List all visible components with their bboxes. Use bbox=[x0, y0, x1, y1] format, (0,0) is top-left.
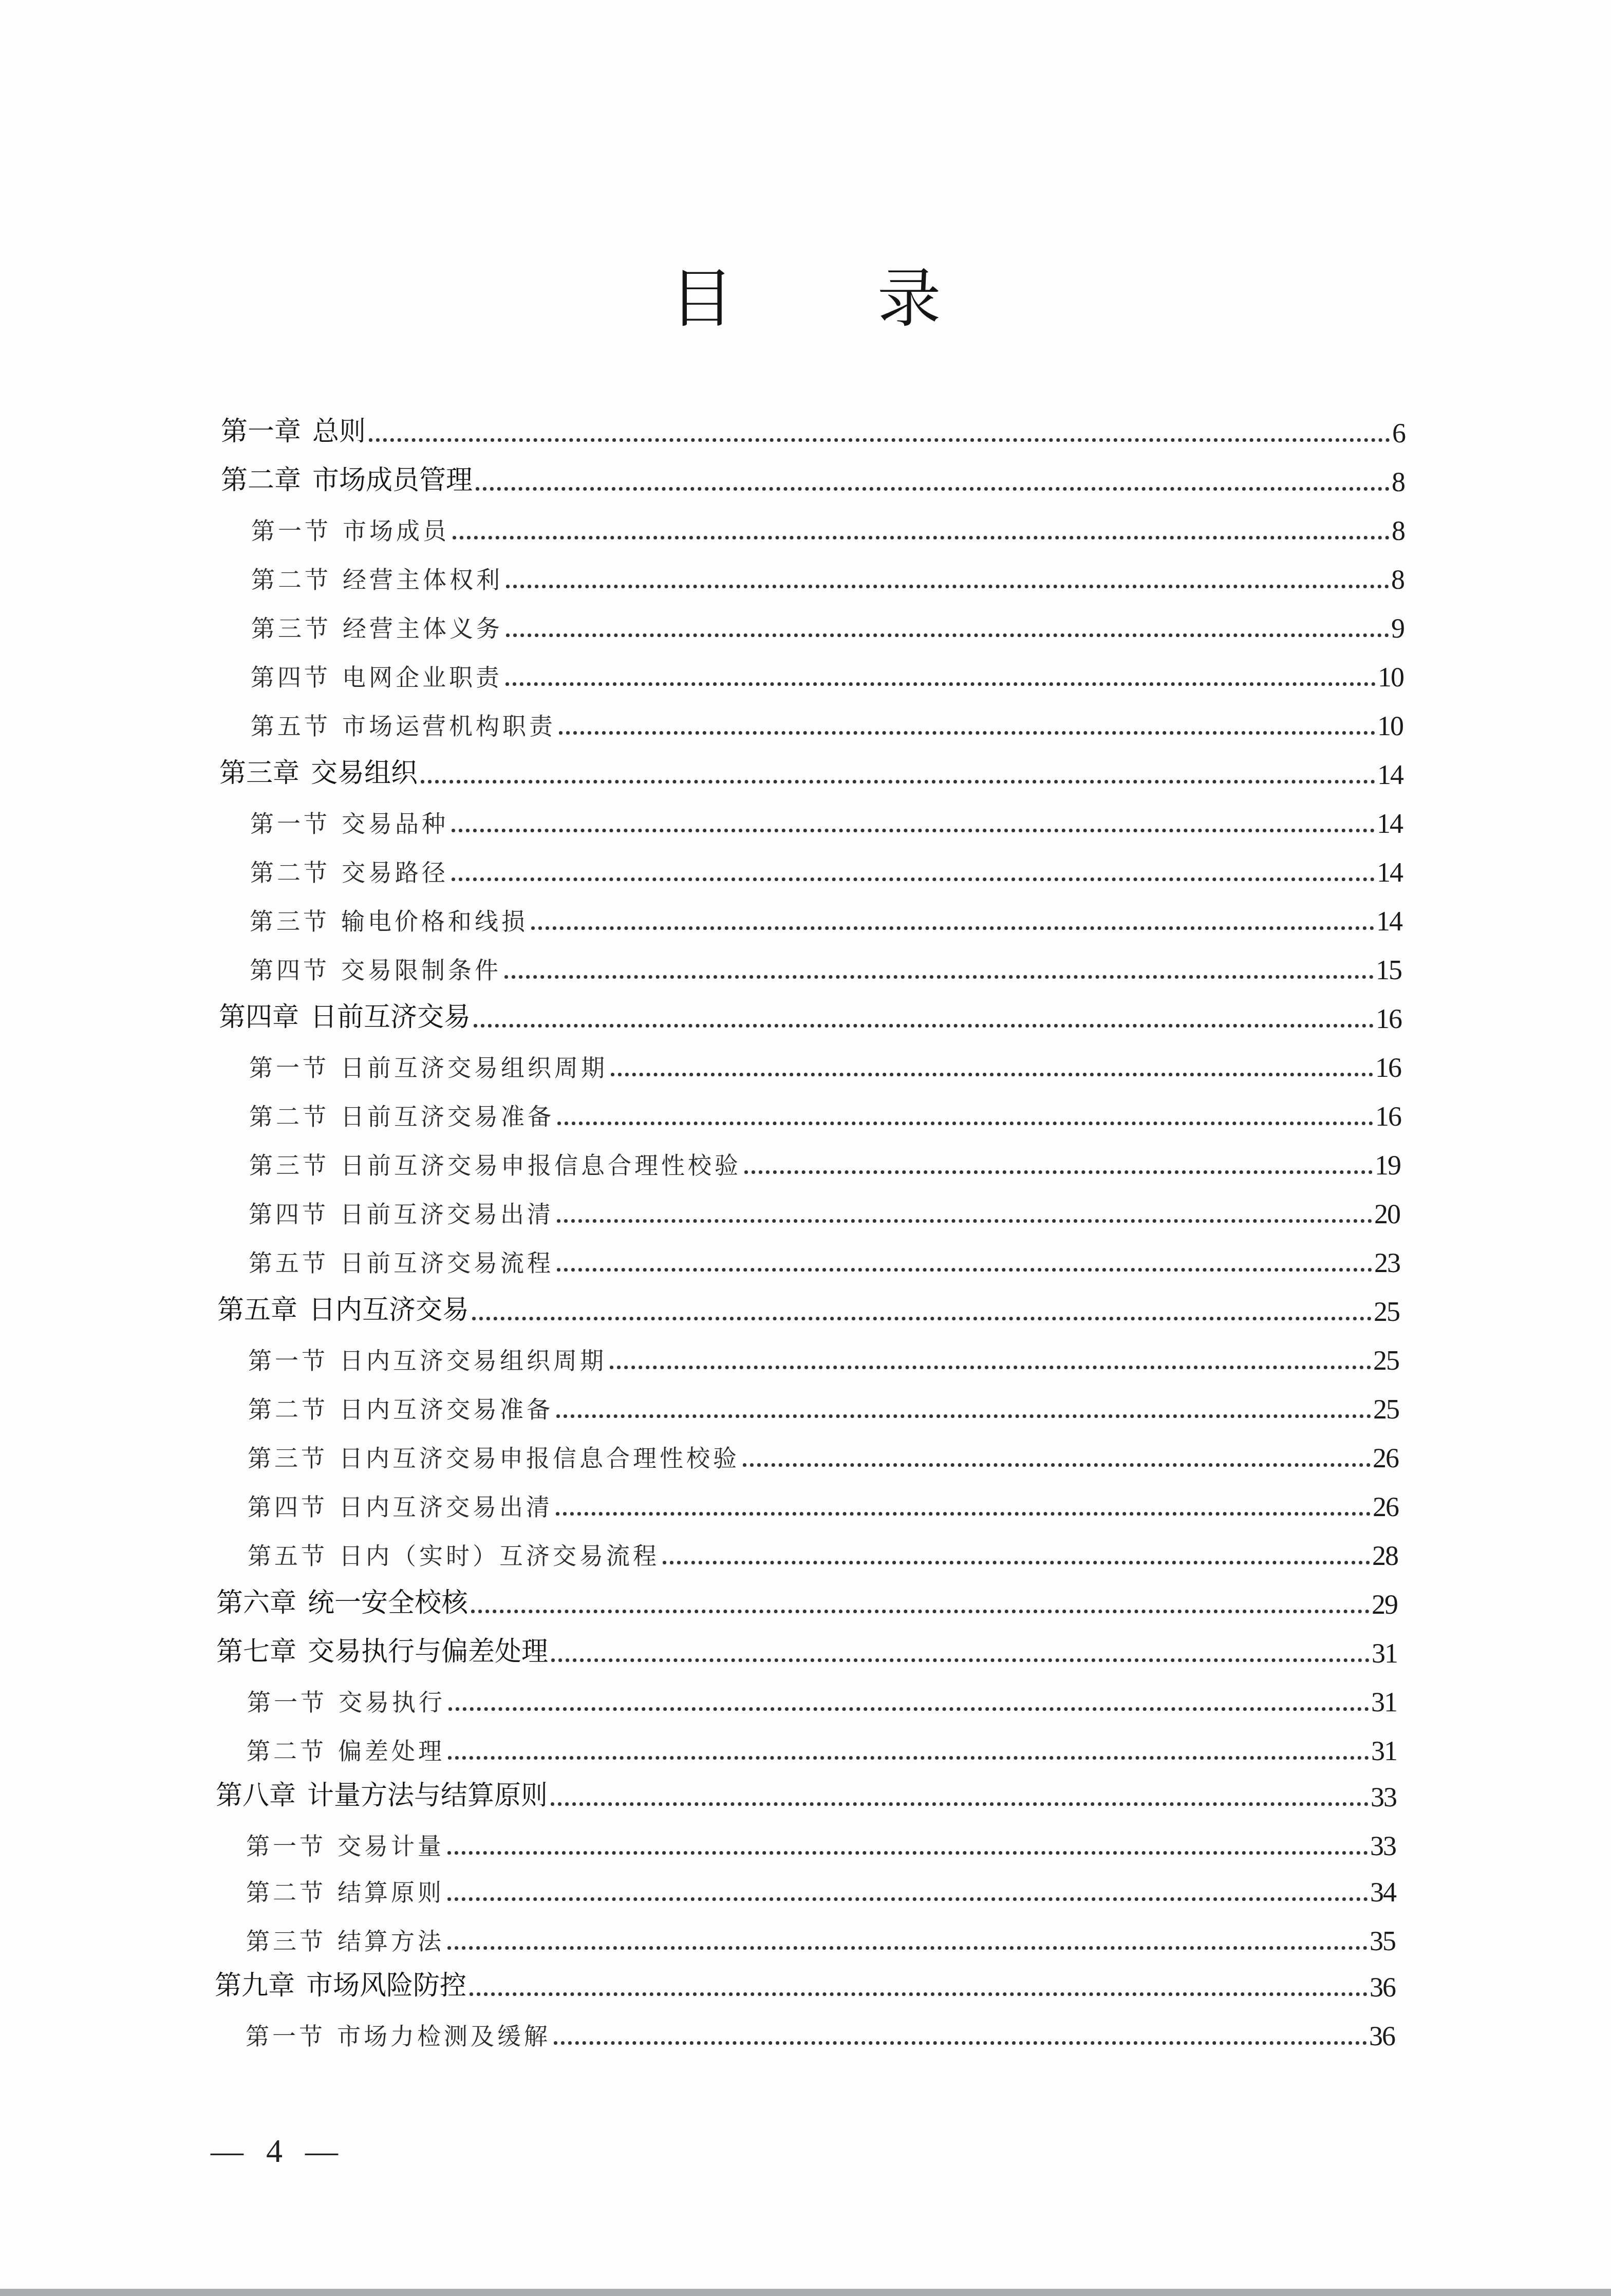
toc-entry-label: 第一节交易计量 bbox=[246, 1834, 444, 1860]
dot-leader bbox=[610, 1366, 1371, 1369]
section-title: 交易品种 bbox=[342, 810, 448, 837]
toc-page-number: 28 bbox=[1372, 1542, 1398, 1570]
toc-entry-label: 第二节经营主体权利 bbox=[251, 568, 503, 593]
toc-section-entry: 第二节结算原则34 bbox=[246, 1865, 1396, 1906]
section-number: 第二节 bbox=[248, 1395, 328, 1423]
dot-leader bbox=[743, 1463, 1371, 1467]
toc-entry-label: 第七章交易执行与偏差处理 bbox=[216, 1638, 548, 1667]
toc-section-entry: 第一节市场力检测及缓解36 bbox=[246, 2009, 1395, 2050]
chapter-title: 日前互济交易 bbox=[310, 1002, 471, 1033]
dot-leader bbox=[472, 1317, 1372, 1320]
chapter-number: 第二章 bbox=[221, 465, 301, 496]
toc-section-entry: 第一节日内互济交易组织周期25 bbox=[248, 1333, 1399, 1374]
toc-page-number: 23 bbox=[1374, 1249, 1400, 1277]
dot-leader bbox=[474, 1024, 1374, 1028]
toc-entry-label: 第五节日前互济交易流程 bbox=[249, 1251, 554, 1277]
toc-entry-label: 第二节日前互济交易准备 bbox=[249, 1105, 554, 1130]
toc-page-number: 8 bbox=[1391, 566, 1404, 593]
section-number: 第二节 bbox=[250, 858, 330, 886]
section-number: 第三节 bbox=[250, 907, 330, 935]
toc-section-entry: 第四节交易限制条件15 bbox=[250, 943, 1401, 984]
chapter-title: 总则 bbox=[312, 416, 366, 447]
section-number: 第二节 bbox=[249, 1103, 329, 1130]
toc-section-entry: 第二节日内互济交易准备25 bbox=[248, 1382, 1399, 1423]
section-number: 第五节 bbox=[248, 1542, 328, 1570]
toc-section-entry: 第五节日前互济交易流程23 bbox=[249, 1236, 1400, 1277]
section-number: 第四节 bbox=[251, 663, 331, 691]
dot-leader bbox=[471, 1610, 1370, 1613]
dot-leader bbox=[551, 1658, 1370, 1662]
dot-leader bbox=[452, 878, 1375, 881]
toc-page-number: 14 bbox=[1377, 810, 1402, 837]
toc-chapter-entry: 第五章日内互济交易25 bbox=[217, 1284, 1399, 1326]
dot-leader bbox=[476, 487, 1390, 491]
toc-entry-label: 第一节日前互济交易组织周期 bbox=[249, 1056, 608, 1081]
toc-page-number: 14 bbox=[1377, 858, 1402, 886]
dot-leader bbox=[557, 1219, 1372, 1223]
toc-page-number: 36 bbox=[1370, 1973, 1395, 2001]
toc-page-number: 35 bbox=[1370, 1927, 1395, 1955]
dot-leader bbox=[506, 633, 1389, 637]
toc-page-number: 26 bbox=[1373, 1444, 1398, 1472]
toc-page-number: 31 bbox=[1372, 1639, 1397, 1667]
section-title: 日前互济交易出清 bbox=[340, 1200, 554, 1228]
toc-chapter-entry: 第八章计量方法与结算原则33 bbox=[216, 1770, 1396, 1811]
chapter-number: 第九章 bbox=[215, 1970, 295, 2001]
toc-entry-label: 第四章日前互济交易 bbox=[219, 1004, 471, 1033]
toc-chapter-entry: 第一章总则6 bbox=[221, 406, 1405, 447]
section-title: 日内互济交易申报信息合理性校验 bbox=[339, 1444, 740, 1472]
toc-entry-label: 第四节交易限制条件 bbox=[250, 958, 501, 984]
toc-entry-label: 第三节经营主体义务 bbox=[251, 617, 503, 642]
toc-section-entry: 第二节经营主体权利8 bbox=[251, 552, 1404, 593]
chapter-title: 市场风险防控 bbox=[306, 1970, 466, 2001]
toc-chapter-entry: 第七章交易执行与偏差处理31 bbox=[216, 1626, 1397, 1667]
dot-leader bbox=[369, 438, 1390, 442]
section-title: 偏差处理 bbox=[338, 1737, 445, 1765]
toc-section-entry: 第一节交易执行31 bbox=[247, 1675, 1397, 1716]
chapter-number: 第三章 bbox=[219, 758, 299, 789]
toc-page-number: 15 bbox=[1376, 956, 1401, 984]
section-title: 市场力检测及缓解 bbox=[337, 2022, 551, 2050]
section-title: 日前互济交易准备 bbox=[341, 1103, 554, 1130]
toc-section-entry: 第五节日内（实时）互济交易流程28 bbox=[248, 1528, 1398, 1570]
toc-entry-label: 第三节结算方法 bbox=[246, 1929, 444, 1955]
toc-section-entry: 第四节电网企业职责10 bbox=[251, 650, 1403, 691]
section-title: 经营主体权利 bbox=[343, 566, 503, 593]
toc-page-number: 16 bbox=[1375, 1103, 1401, 1130]
section-title: 日前互济交易组织周期 bbox=[341, 1054, 608, 1081]
toc-section-entry: 第三节日前互济交易申报信息合理性校验19 bbox=[249, 1138, 1400, 1179]
toc-section-entry: 第一节市场成员8 bbox=[251, 503, 1404, 545]
toc-section-entry: 第四节日前互济交易出清20 bbox=[249, 1187, 1400, 1228]
toc-page-number: 10 bbox=[1378, 663, 1403, 691]
toc-entry-label: 第八章计量方法与结算原则 bbox=[216, 1782, 548, 1811]
toc-title: 目 录 bbox=[0, 267, 1611, 331]
section-number: 第一节 bbox=[250, 810, 330, 837]
toc-entry-label: 第五章日内互济交易 bbox=[217, 1297, 469, 1326]
section-title: 日内（实时）互济交易流程 bbox=[339, 1542, 660, 1570]
document-page: 目 录 第一章总则6第二章市场成员管理8第一节市场成员8第二节经营主体权利8第三… bbox=[0, 0, 1611, 2296]
toc-section-entry: 第四节日内互济交易出清26 bbox=[248, 1480, 1398, 1521]
toc-page-number: 26 bbox=[1373, 1493, 1398, 1521]
section-number: 第四节 bbox=[248, 1493, 328, 1521]
chapter-title: 交易执行与偏差处理 bbox=[308, 1636, 548, 1667]
chapter-title: 日内互济交易 bbox=[309, 1295, 469, 1326]
toc-page-number: 33 bbox=[1370, 1832, 1396, 1860]
section-number: 第一节 bbox=[247, 1688, 327, 1716]
toc-page-number: 31 bbox=[1371, 1737, 1397, 1765]
toc-entry-label: 第二节结算原则 bbox=[246, 1880, 444, 1906]
toc-section-entry: 第一节交易品种14 bbox=[250, 796, 1402, 837]
toc-entry-label: 第二节偏差处理 bbox=[247, 1739, 445, 1765]
section-number: 第五节 bbox=[249, 1249, 329, 1277]
dot-leader bbox=[421, 780, 1375, 783]
dot-leader bbox=[557, 1268, 1372, 1272]
toc-page-number: 31 bbox=[1371, 1688, 1397, 1716]
section-title: 结算方法 bbox=[338, 1927, 444, 1955]
toc-entry-label: 第二节交易路径 bbox=[250, 861, 448, 886]
toc-chapter-entry: 第九章市场风险防控36 bbox=[215, 1960, 1395, 2001]
toc-page-number: 36 bbox=[1369, 2022, 1395, 2050]
chapter-title: 统一安全校核 bbox=[308, 1588, 468, 1618]
section-title: 输电价格和线损 bbox=[341, 907, 528, 935]
chapter-title: 交易组织 bbox=[311, 758, 418, 789]
toc-page-number: 14 bbox=[1376, 907, 1402, 935]
toc-page-number: 25 bbox=[1374, 1298, 1399, 1326]
toc-page-number: 33 bbox=[1371, 1783, 1396, 1811]
section-number: 第三节 bbox=[251, 614, 331, 642]
dot-leader bbox=[448, 1707, 1369, 1711]
toc-entry-label: 第九章市场风险防控 bbox=[215, 1972, 466, 2001]
section-number: 第一节 bbox=[246, 1832, 326, 1860]
chapter-number: 第四章 bbox=[219, 1002, 299, 1033]
toc-section-entry: 第二节偏差处理31 bbox=[247, 1724, 1397, 1765]
dot-leader bbox=[663, 1561, 1370, 1564]
section-title: 日前互济交易流程 bbox=[340, 1249, 554, 1277]
section-title: 市场成员 bbox=[343, 517, 449, 545]
section-title: 结算原则 bbox=[338, 1878, 444, 1906]
toc-page-number: 19 bbox=[1375, 1151, 1400, 1179]
section-title: 日内互济交易准备 bbox=[340, 1395, 553, 1423]
dot-leader bbox=[554, 2041, 1367, 2045]
toc-section-entry: 第三节日内互济交易申报信息合理性校验26 bbox=[248, 1431, 1398, 1472]
toc-entry-label: 第一节市场成员 bbox=[251, 519, 449, 545]
section-title: 日前互济交易申报信息合理性校验 bbox=[341, 1151, 741, 1179]
dot-leader bbox=[611, 1073, 1373, 1076]
toc-section-entry: 第五节市场运营机构职责10 bbox=[251, 699, 1403, 740]
dot-leader bbox=[448, 1756, 1369, 1760]
dot-leader bbox=[470, 1992, 1368, 1996]
toc-page-number: 34 bbox=[1370, 1878, 1396, 1906]
section-number: 第二节 bbox=[251, 566, 331, 593]
section-number: 第一节 bbox=[246, 2022, 326, 2050]
chapter-title: 计量方法与结算原则 bbox=[307, 1780, 548, 1811]
dot-leader bbox=[453, 536, 1390, 539]
toc-entry-label: 第四节电网企业职责 bbox=[251, 665, 502, 691]
toc-page-number: 9 bbox=[1391, 614, 1404, 642]
toc-entry-label: 第一节交易品种 bbox=[250, 812, 448, 837]
toc-page-number: 8 bbox=[1392, 517, 1404, 545]
chapter-number: 第七章 bbox=[216, 1636, 296, 1667]
dot-leader bbox=[556, 1414, 1371, 1418]
section-title: 交易计量 bbox=[338, 1832, 444, 1860]
toc-section-entry: 第一节交易计量33 bbox=[246, 1819, 1396, 1860]
chapter-number: 第五章 bbox=[217, 1295, 297, 1326]
dot-leader bbox=[506, 585, 1389, 588]
section-number: 第四节 bbox=[249, 1200, 329, 1228]
toc-page-number: 10 bbox=[1377, 712, 1403, 740]
toc-entry-label: 第四节日前互济交易出清 bbox=[249, 1202, 554, 1228]
section-title: 经营主体义务 bbox=[343, 614, 503, 642]
section-number: 第五节 bbox=[251, 712, 331, 740]
toc-section-entry: 第三节经营主体义务9 bbox=[251, 601, 1404, 642]
toc-entry-label: 第一节交易执行 bbox=[247, 1690, 445, 1716]
dot-leader bbox=[447, 1946, 1368, 1950]
chapter-title: 市场成员管理 bbox=[312, 465, 473, 496]
dot-leader bbox=[447, 1897, 1368, 1901]
toc-page-number: 6 bbox=[1392, 419, 1405, 447]
toc-section-entry: 第二节交易路径14 bbox=[250, 845, 1402, 886]
chapter-number: 第八章 bbox=[216, 1780, 296, 1811]
toc-entry-label: 第四节日内互济交易出清 bbox=[248, 1495, 553, 1521]
toc-page-number: 14 bbox=[1377, 761, 1403, 789]
section-number: 第三节 bbox=[246, 1927, 326, 1955]
toc-entry-label: 第二节日内互济交易准备 bbox=[248, 1397, 553, 1423]
section-title: 交易执行 bbox=[339, 1688, 445, 1716]
toc-page-number: 29 bbox=[1372, 1591, 1397, 1618]
toc-entry-label: 第一节市场力检测及缓解 bbox=[246, 2024, 551, 2050]
section-number: 第二节 bbox=[247, 1737, 327, 1765]
toc-page-number: 16 bbox=[1376, 1005, 1401, 1033]
toc-chapter-entry: 第二章市场成员管理8 bbox=[221, 455, 1404, 496]
toc-page-number: 8 bbox=[1392, 468, 1404, 496]
dot-leader bbox=[559, 731, 1375, 735]
section-number: 第二节 bbox=[246, 1878, 326, 1906]
toc-page-number: 25 bbox=[1373, 1347, 1399, 1374]
toc-entry-label: 第二章市场成员管理 bbox=[221, 467, 473, 496]
toc-entry-label: 第五节日内（实时）互济交易流程 bbox=[248, 1544, 660, 1570]
toc-chapter-entry: 第六章统一安全校核29 bbox=[216, 1577, 1397, 1618]
toc-entry-label: 第一节日内互济交易组织周期 bbox=[248, 1349, 607, 1374]
section-title: 市场运营机构职责 bbox=[342, 712, 556, 740]
toc-entry-label: 第三节日内互济交易申报信息合理性校验 bbox=[248, 1446, 740, 1472]
toc-section-entry: 第一节日前互济交易组织周期16 bbox=[249, 1040, 1401, 1081]
dot-leader bbox=[452, 829, 1375, 832]
toc-entry-label: 第三节日前互济交易申报信息合理性校验 bbox=[249, 1153, 741, 1179]
toc-page-number: 16 bbox=[1375, 1054, 1401, 1081]
section-number: 第一节 bbox=[248, 1347, 328, 1374]
dot-leader bbox=[504, 975, 1374, 979]
section-title: 电网企业职责 bbox=[342, 663, 502, 691]
section-title: 交易限制条件 bbox=[341, 956, 501, 984]
dot-leader bbox=[531, 926, 1374, 930]
toc-entry-label: 第六章统一安全校核 bbox=[216, 1590, 468, 1618]
dot-leader bbox=[556, 1512, 1371, 1516]
dot-leader bbox=[557, 1122, 1373, 1125]
toc-entry-label: 第五节市场运营机构职责 bbox=[251, 714, 556, 740]
page-number: — 4 — bbox=[211, 2132, 345, 2170]
dot-leader bbox=[551, 1802, 1369, 1806]
section-title: 日内互济交易组织周期 bbox=[340, 1347, 607, 1374]
toc-page-number: 25 bbox=[1373, 1395, 1399, 1423]
dot-leader bbox=[505, 682, 1376, 686]
toc-entry-label: 第一章总则 bbox=[221, 418, 366, 447]
section-number: 第一节 bbox=[251, 517, 331, 545]
toc-section-entry: 第二节日前互济交易准备16 bbox=[249, 1089, 1401, 1130]
toc-chapter-entry: 第三章交易组织14 bbox=[219, 748, 1403, 789]
toc-chapter-entry: 第四章日前互济交易16 bbox=[219, 992, 1401, 1033]
dot-leader bbox=[744, 1170, 1373, 1174]
section-title: 日内互济交易出清 bbox=[339, 1493, 553, 1521]
scan-bottom-edge bbox=[0, 2289, 1611, 2296]
chapter-number: 第六章 bbox=[216, 1588, 296, 1618]
toc-entry-label: 第三节输电价格和线损 bbox=[250, 909, 528, 935]
toc-section-entry: 第三节输电价格和线损14 bbox=[250, 894, 1402, 935]
section-number: 第四节 bbox=[250, 956, 330, 984]
dot-leader bbox=[447, 1851, 1368, 1855]
toc-page-number: 20 bbox=[1374, 1200, 1400, 1228]
toc-section-entry: 第三节结算方法35 bbox=[246, 1914, 1395, 1955]
toc-entry-label: 第三章交易组织 bbox=[219, 760, 418, 789]
section-title: 交易路径 bbox=[342, 858, 448, 886]
section-number: 第一节 bbox=[249, 1054, 329, 1081]
chapter-number: 第一章 bbox=[221, 416, 301, 447]
section-number: 第三节 bbox=[249, 1151, 329, 1179]
section-number: 第三节 bbox=[248, 1444, 328, 1472]
